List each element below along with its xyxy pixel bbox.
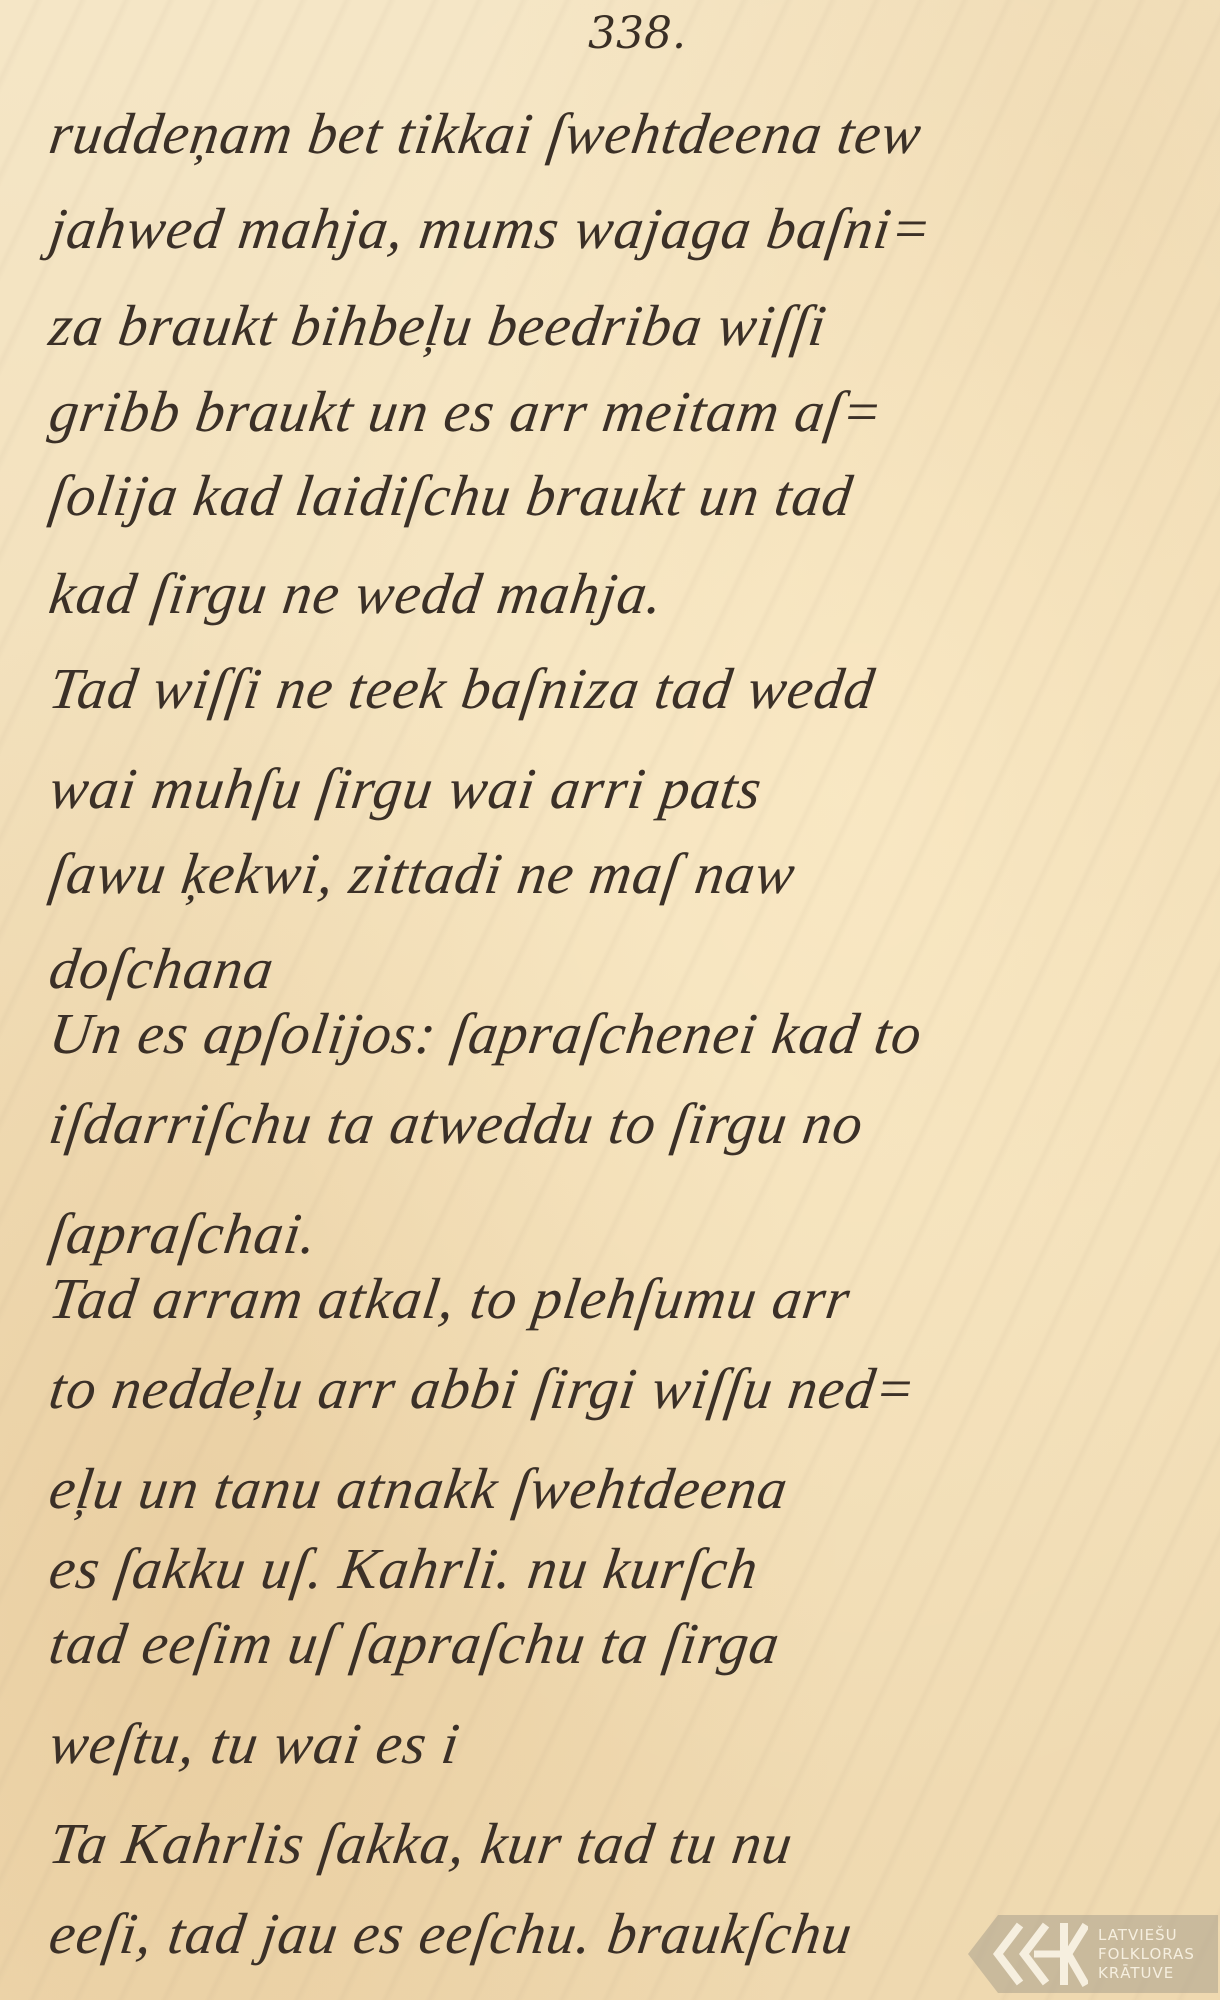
manuscript-line: ſawu ķekwi, zittadi ne maſ naw: [45, 840, 800, 907]
manuscript-line: za braukt bihbeļu beedriba wiſſi: [45, 292, 831, 359]
manuscript-line: Un es apſolijos: ſapraſchenei kad to: [45, 1000, 926, 1067]
page-number: 338.: [588, 8, 686, 59]
manuscript-page: 338. ruddeņam bet tikkai ſwehtdeena tewj…: [0, 0, 1220, 2000]
manuscript-line: weſtu, tu wai es i: [45, 1710, 464, 1777]
watermark-line-1: LATVIEŠU: [1098, 1926, 1218, 1945]
manuscript-line: gribb braukt un es arr meitam aſ=: [45, 378, 887, 445]
manuscript-line: doſchana: [45, 935, 278, 1002]
manuscript-line: Ta Kahrlis ſakka, kur tad tu nu: [45, 1810, 797, 1877]
lfk-logo-icon: [968, 1915, 1088, 1993]
manuscript-line: jahwed mahja, mums wajaga baſni=: [45, 195, 936, 262]
manuscript-line: ſapraſchai.: [45, 1200, 322, 1267]
watermark-logo: LATVIEŠU FOLKLORAS KRĀTUVE: [968, 1915, 1218, 1993]
watermark-line-3: KRĀTUVE: [1098, 1964, 1218, 1983]
manuscript-line: eļu un tanu atnakk ſwehtdeena: [45, 1455, 792, 1522]
manuscript-line: es ſakku uſ. Kahrli. nu kurſch: [45, 1535, 763, 1602]
manuscript-line: eeſi, tad jau es eeſchu. braukſchu: [45, 1900, 857, 1967]
manuscript-line: to neddeļu arr abbi ſirgi wiſſu ned=: [45, 1355, 920, 1422]
manuscript-line: ſolija kad laidiſchu braukt un tad: [45, 462, 857, 529]
manuscript-line: Tad arram atkal, to plehſumu arr: [45, 1265, 854, 1332]
watermark-text: LATVIEŠU FOLKLORAS KRĀTUVE: [1088, 1915, 1218, 1993]
manuscript-line: wai muhſu ſirgu wai arri pats: [45, 755, 766, 822]
watermark-line-2: FOLKLORAS: [1098, 1945, 1218, 1964]
manuscript-line: tad eeſim uſ ſapraſchu ta ſirga: [45, 1610, 784, 1677]
manuscript-line: Tad wiſſi ne teek baſniza tad wedd: [45, 655, 879, 722]
manuscript-line: kad ſirgu ne wedd mahja.: [45, 560, 667, 627]
manuscript-line: iſdarriſchu ta atweddu to ſirgu no: [45, 1090, 868, 1157]
manuscript-line: ruddeņam bet tikkai ſwehtdeena tew: [45, 100, 926, 167]
